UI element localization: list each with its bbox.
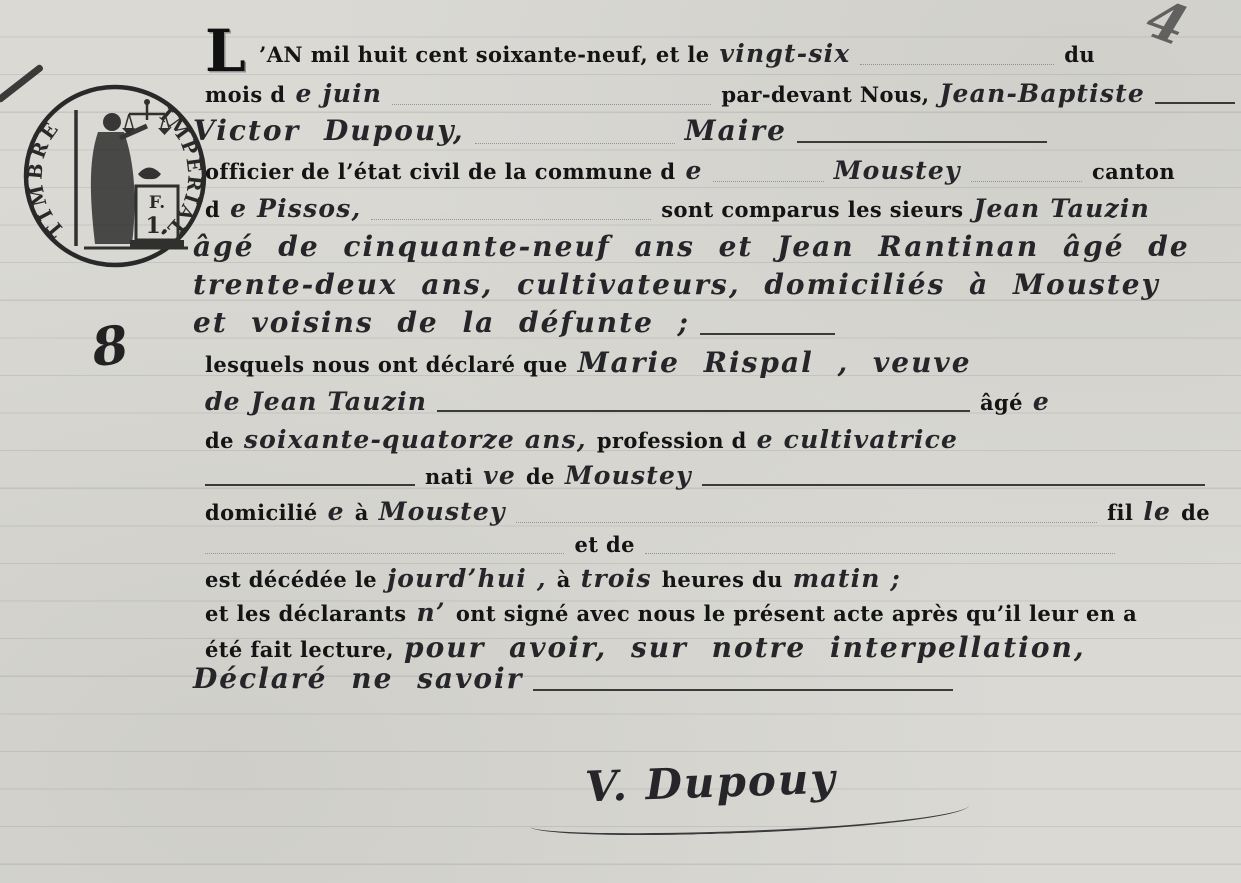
handwritten-entry: e: [328, 498, 345, 526]
printed-form-text: domicilié: [205, 501, 318, 525]
printed-form-text: officier de l’état civil de la commune d: [205, 160, 675, 184]
dotted-fill-line: [205, 549, 564, 554]
handwritten-entry: Marie Rispal , veuve: [578, 348, 972, 379]
document-line: ’AN mil huit cent soixante-neuf, et levi…: [205, 40, 1235, 68]
dotted-fill-line: [971, 177, 1082, 182]
printed-form-text: et de: [574, 533, 634, 557]
printed-form-text: à: [355, 501, 369, 525]
ink-rule-line: [797, 137, 1047, 143]
document-line: desoixante-quatorze ans,profession de cu…: [205, 426, 1235, 454]
printed-form-text: profession d: [597, 429, 747, 453]
dotted-fill-line: [645, 549, 1115, 554]
document-line: de Jean Tauzinâgée: [205, 388, 1235, 416]
printed-form-text: du: [1064, 43, 1095, 67]
stamp-denomination-f: F.: [149, 193, 165, 213]
document-line: âgé de cinquante-neuf ans et Jean Rantin…: [193, 232, 1235, 263]
document-line: domiciliéeàMousteyfillede: [205, 498, 1235, 526]
printed-form-text: nati: [425, 465, 473, 489]
mayor-signature: V. Dupouy: [585, 758, 970, 833]
handwritten-entry: vingt-six: [720, 40, 851, 68]
scales-of-justice-icon: [122, 99, 171, 135]
handwritten-entry: Jean-Baptiste: [940, 80, 1145, 108]
printed-form-text: d: [205, 198, 220, 222]
printed-form-text: été fait lecture,: [205, 638, 394, 662]
document-line: est décédée lejourd’hui ,àtroisheures du…: [205, 565, 1235, 593]
handwritten-entry: Moustey: [379, 498, 506, 526]
ink-rule-line: [205, 480, 415, 486]
stamp-left-text: TIMBRE: [24, 116, 68, 241]
handwritten-entry: ve: [483, 462, 516, 490]
printed-form-text: ont signé avec nous le présent acte aprè…: [456, 602, 1137, 626]
ink-rule-line: [700, 329, 835, 335]
timbre-imperial-stamp: TIMBRE IMPERIAL. F. 1.: [20, 76, 210, 276]
dotted-fill-line: [860, 60, 1054, 65]
handwritten-entry: Moustey: [565, 462, 692, 490]
handwritten-entry: Maire: [685, 116, 787, 147]
printed-form-text: ’AN mil huit cent soixante-neuf, et le: [259, 43, 710, 67]
handwritten-entry: e juin: [295, 80, 382, 108]
document-line: trente-deux ans, cultivateurs, domicilié…: [193, 270, 1235, 301]
document-line: officier de l’état civil de la commune d…: [205, 157, 1235, 185]
document-line: de Pissos,sont comparus les sieursJean T…: [205, 195, 1235, 223]
document-line: Victor Dupouy,Maire: [193, 116, 1235, 147]
margin-act-number: 8: [88, 314, 132, 379]
handwritten-entry: et voisins de la défunte ;: [193, 308, 690, 339]
handwritten-entry: n’: [417, 599, 446, 627]
document-line: Déclaré ne savoir: [193, 664, 1235, 695]
printed-form-text: âgé: [980, 391, 1023, 415]
document-line: et les déclarantsn’ont signé avec nous l…: [205, 599, 1235, 627]
printed-form-text: mois d: [205, 83, 285, 107]
ink-rule-line: [533, 685, 953, 691]
handwritten-entry: matin ;: [793, 565, 901, 593]
document-line: mois de juinpar-devant Nous,Jean-Baptist…: [205, 80, 1235, 108]
printed-form-text: à: [557, 568, 571, 592]
printed-form-text: lesquels nous ont déclaré que: [205, 353, 568, 377]
handwritten-entry: jourd’hui ,: [387, 565, 547, 593]
printed-form-text: par-devant Nous,: [721, 83, 929, 107]
document-line: nativedeMoustey: [205, 462, 1235, 490]
printed-form-text: fil: [1107, 501, 1133, 525]
imperial-eagle-icon: [138, 168, 161, 180]
printed-form-text: de: [205, 429, 234, 453]
act-text-block: L ’AN mil huit cent soixante-neuf, et le…: [205, 0, 1235, 760]
printed-form-text: et les déclarants: [205, 602, 407, 626]
printed-form-text: est décédée le: [205, 568, 377, 592]
handwritten-entry: e: [1033, 388, 1050, 416]
stamp-denomination-1: 1.: [146, 213, 169, 239]
dotted-fill-line: [392, 100, 711, 105]
ink-rule-line: [437, 406, 970, 412]
handwritten-entry: Déclaré ne savoir: [193, 664, 523, 695]
handwritten-entry: le: [1143, 498, 1171, 526]
handwritten-entry: e: [685, 157, 702, 185]
ink-rule-line: [1155, 98, 1235, 104]
scanned-death-record-page: TIMBRE IMPERIAL. F. 1.: [0, 0, 1241, 883]
handwritten-entry: trente-deux ans, cultivateurs, domicilié…: [193, 270, 1160, 301]
document-line: lesquels nous ont déclaré queMarie Rispa…: [205, 348, 1235, 379]
printed-form-text: sont comparus les sieurs: [661, 198, 963, 222]
printed-form-text: de: [526, 465, 555, 489]
dotted-fill-line: [475, 139, 675, 144]
dotted-fill-line: [516, 518, 1097, 523]
handwritten-entry: de Jean Tauzin: [205, 388, 427, 416]
handwritten-entry: Moustey: [834, 157, 961, 185]
handwritten-entry: pour avoir, sur notre interpellation,: [404, 633, 1086, 664]
handwritten-entry: e cultivatrice: [757, 426, 958, 454]
handwritten-entry: âgé de cinquante-neuf ans et Jean Rantin…: [193, 232, 1190, 263]
svg-text:TIMBRE: TIMBRE: [24, 116, 68, 241]
printed-form-text: canton: [1092, 160, 1175, 184]
document-line: été fait lecture,pour avoir, sur notre i…: [205, 633, 1235, 664]
dotted-fill-line: [371, 215, 651, 220]
handwritten-entry: Victor Dupouy,: [193, 116, 465, 147]
dotted-fill-line: [713, 177, 824, 182]
handwritten-entry: soixante-quatorze ans,: [244, 426, 587, 454]
printed-form-text: heures du: [662, 568, 783, 592]
printed-form-text: de: [1181, 501, 1210, 525]
document-line: et voisins de la défunte ;: [193, 308, 1235, 339]
document-line: et de: [205, 533, 1235, 557]
ink-rule-line: [702, 480, 1205, 486]
handwritten-entry: e Pissos,: [230, 195, 361, 223]
handwritten-entry: Jean Tauzin: [974, 195, 1150, 223]
handwritten-entry: trois: [581, 565, 652, 593]
